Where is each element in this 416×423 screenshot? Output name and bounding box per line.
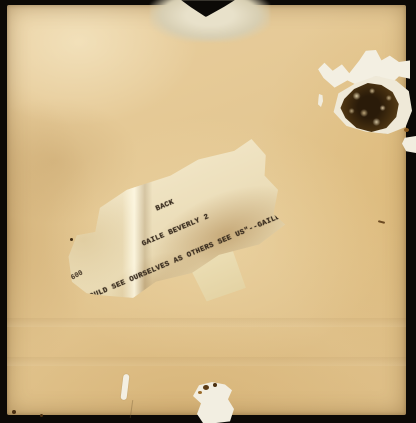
dark-speck [12,410,16,414]
paper-crease [7,357,406,366]
brown-speck [213,383,217,387]
brown-speck [198,391,202,394]
dark-speck [40,414,43,417]
orange-speck [404,128,409,132]
paper-crease [7,318,406,327]
photo-verso: 600 BACK GAILE BEVERLY 2 "OULD SEE OURSE… [0,0,416,423]
dark-speck [70,238,73,241]
brown-speck [203,385,209,390]
